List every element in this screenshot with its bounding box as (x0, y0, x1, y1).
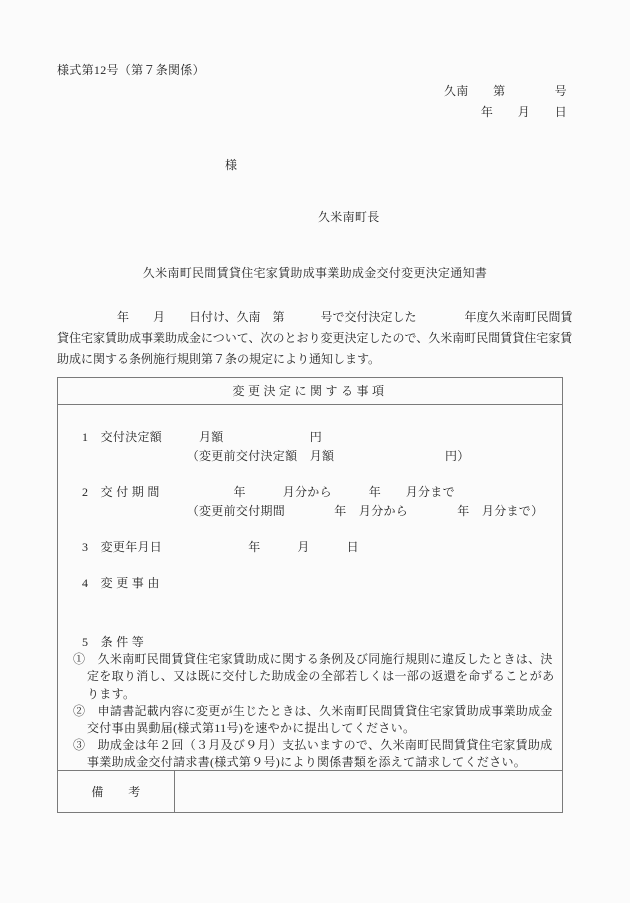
doc-number-line: 久南 第 号 (0, 84, 567, 98)
issue-date-line: 年 月 日 (0, 105, 567, 119)
conditions-item-label: 5 条 件 等 (58, 634, 559, 651)
change-date-item: 3 変更年月日 年 月 日 (82, 538, 359, 557)
table-header: 変更決定に関する事項 (58, 378, 562, 405)
conditions-section: 5 条 件 等 ① 久米南町民間賃貸住宅家賃助成に関する条例及び同施行規則に違反… (58, 634, 559, 772)
body-paragraph: 年 月 日付け、久南 第 号で交付決定した 年度久米南町民間賃 貸住宅家賃助成事… (57, 307, 587, 370)
condition-3: ③ 助成金は年２回（３月及び９月）支払いますので、久米南町民間賃貸住宅家賃助成 … (58, 737, 559, 771)
document-title: 久米南町民間賃貸住宅家賃助成事業助成金交付変更決定通知書 (0, 266, 630, 280)
addressee-suffix: 様 (225, 158, 237, 172)
condition-1: ① 久米南町民間賃貸住宅家賃助成に関する条例及び同施行規則に違反したときは、決 … (58, 651, 559, 703)
notification-document: 様式第12号（第７条関係） 久南 第 号 年 月 日 様 久米南町長 久米南町民… (0, 0, 630, 903)
remarks-label: 備 考 (91, 783, 140, 800)
remarks-row: 備 考 (58, 771, 562, 812)
grant-amount-item: 1 交付決定額 月額 円 （変更前交付決定額 月額 円） (82, 428, 470, 466)
change-decision-table: 変更決定に関する事項 1 交付決定額 月額 円 （変更前交付決定額 月額 円） … (57, 377, 563, 813)
issuer-title: 久米南町長 (318, 210, 380, 224)
condition-2: ② 申請書記載内容に変更が生じたときは、久米南町民間賃貸住宅家賃助成事業助成金 … (58, 703, 559, 737)
grant-period-item: 2 交 付 期 間 年 月分から 年 月分まで （変更前交付期間 年 月分から … (82, 483, 543, 521)
change-reason-item: 4 変 更 事 由 (82, 574, 160, 593)
form-number: 様式第12号（第７条関係） (57, 63, 205, 77)
remarks-label-cell: 備 考 (58, 771, 175, 812)
remarks-value-cell (175, 771, 562, 812)
table-body-cell: 1 交付決定額 月額 円 （変更前交付決定額 月額 円） 2 交 付 期 間 年… (58, 405, 562, 771)
